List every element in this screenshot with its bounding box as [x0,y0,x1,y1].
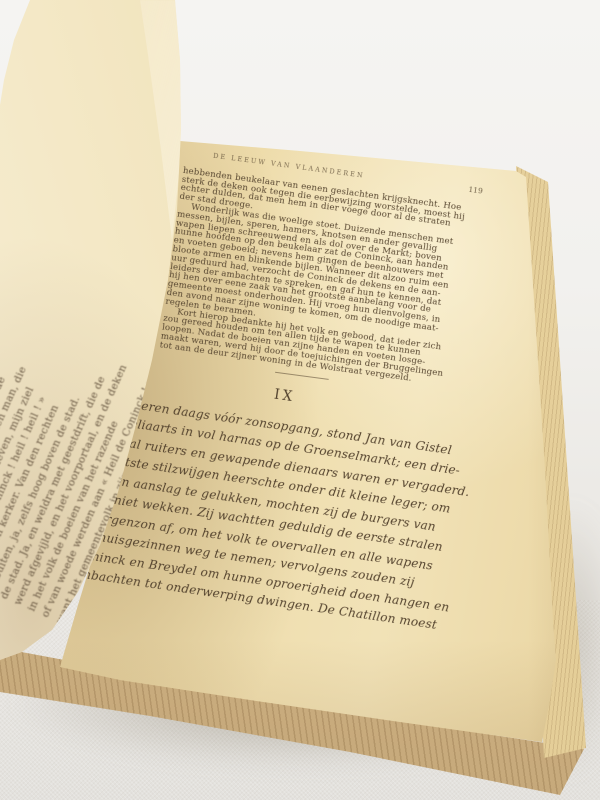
right-page-upper-text: DE LEEUW VAN VLAANDEREN 119 hebbenden be… [158,148,487,397]
page-number: 119 [468,186,484,197]
